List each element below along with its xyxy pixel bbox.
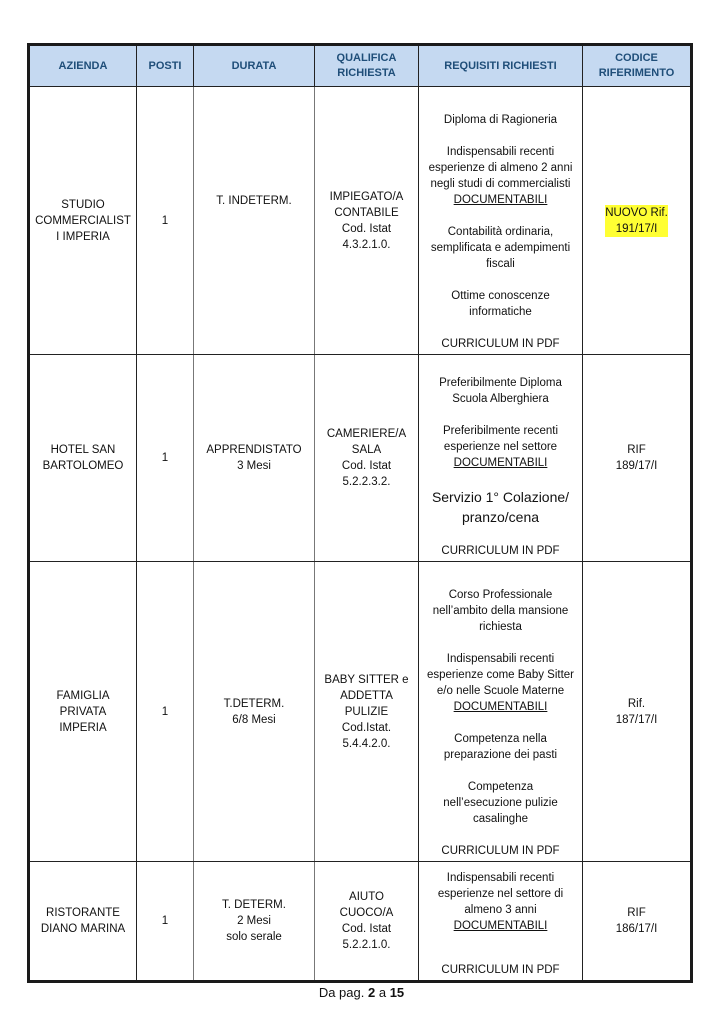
cell-line: 5.2.2.1.0. xyxy=(318,937,415,953)
cell-codice: NUOVO Rif.191/17/I xyxy=(583,87,692,355)
cell-line: IMPERIA xyxy=(33,720,133,736)
requirement-line: preparazione dei pasti xyxy=(421,747,580,763)
cell-posti: 1 xyxy=(137,862,194,982)
requirement-line: casalinghe xyxy=(421,811,580,827)
cell-posti: 1 xyxy=(137,562,194,862)
table-row: HOTEL SANBARTOLOMEO1APPRENDISTATO3 MesiC… xyxy=(29,355,692,562)
requirement-paragraph: Corso Professionalenell’ambito della man… xyxy=(421,587,580,635)
requirement-paragraph: Preferibilmente DiplomaScuola Alberghier… xyxy=(421,375,580,407)
requirement-line: Diploma di Ragioneria xyxy=(421,112,580,128)
documentabili-text: DOCUMENTABILI xyxy=(454,457,548,469)
requirement-line: Indispensabili recenti xyxy=(421,870,580,886)
cell-posti: 1 xyxy=(137,87,194,355)
cell-azienda: FAMIGLIAPRIVATAIMPERIA xyxy=(29,562,137,862)
requirement-line: negli studi di commercialisti xyxy=(421,176,580,192)
requirement-line: almeno 3 anni xyxy=(421,902,580,918)
cell-line: 5.2.2.3.2. xyxy=(318,474,415,490)
footer-separator: a xyxy=(379,985,386,1000)
cell-line: STUDIO xyxy=(33,197,133,213)
requirement-line: CURRICULUM IN PDF xyxy=(421,962,580,978)
cell-line: NUOVO Rif. xyxy=(605,205,668,221)
requirement-paragraph: Preferibilmente recentiesperienze nel se… xyxy=(421,423,580,471)
cell-requisiti: Preferibilmente DiplomaScuola Alberghier… xyxy=(419,355,583,562)
table-row: STUDIOCOMMERCIALISTI IMPERIA1T. INDETERM… xyxy=(29,87,692,355)
cell-line: RIF xyxy=(616,442,658,458)
requirement-paragraph: CURRICULUM IN PDF xyxy=(421,336,580,352)
cell-durata: T. DETERM.2 Mesisolo serale xyxy=(194,862,315,982)
cell-line: CUOCO/A xyxy=(318,905,415,921)
header-durata: DURATA xyxy=(194,45,315,87)
requirement-paragraph: Indispensabili recentiesperienze come Ba… xyxy=(421,651,580,715)
cell-line: Cod. Istat xyxy=(318,921,415,937)
requirement-paragraph: CURRICULUM IN PDF xyxy=(421,962,580,978)
cell-line: AIUTO xyxy=(318,889,415,905)
requirement-line: nell’ambito della mansione xyxy=(421,603,580,619)
cell-line: PULIZIE xyxy=(318,704,415,720)
requirement-line: Contabilità ordinaria, xyxy=(421,224,580,240)
cell-line: T. DETERM. xyxy=(197,897,311,913)
footer-prefix: Da pag. xyxy=(319,985,365,1000)
cell-line: 2 Mesi xyxy=(197,913,311,929)
cell-line: COMMERCIALIST xyxy=(33,213,133,229)
cell-line: 5.4.4.2.0. xyxy=(318,736,415,752)
requirement-line: Preferibilmente recenti xyxy=(421,423,580,439)
cell-line: Cod.Istat. xyxy=(318,720,415,736)
header-codice: CODICE RIFERIMENTO xyxy=(583,45,692,87)
cell-line: IMPIEGATO/A xyxy=(318,189,415,205)
requirement-paragraph: Ottime conoscenzeinformatiche xyxy=(421,288,580,320)
cell-qualifica: BABY SITTER eADDETTAPULIZIECod.Istat.5.4… xyxy=(315,562,419,862)
requirement-line: semplificata e adempimenti xyxy=(421,240,580,256)
reference-code: RIF189/17/I xyxy=(616,442,658,474)
cell-line: PRIVATA xyxy=(33,704,133,720)
cell-line: APPRENDISTATO xyxy=(197,442,311,458)
requirement-paragraph: Diploma di Ragioneria xyxy=(421,112,580,128)
requirement-line: Ottime conoscenze xyxy=(421,288,580,304)
requirement-line: Preferibilmente Diploma xyxy=(421,375,580,391)
cell-line: RIF xyxy=(616,905,658,921)
cell-codice: RIF189/17/I xyxy=(583,355,692,562)
cell-line: 4.3.2.1.0. xyxy=(318,237,415,253)
requirement-line: esperienze nel settore xyxy=(421,439,580,455)
cell-azienda: RISTORANTEDIANO MARINA xyxy=(29,862,137,982)
cell-line: 191/17/I xyxy=(605,221,668,237)
requirement-line: esperienze come Baby Sitter xyxy=(421,667,580,683)
requirement-line: informatiche xyxy=(421,304,580,320)
documentabili-note: DOCUMENTABILI xyxy=(421,918,580,934)
cell-azienda: STUDIOCOMMERCIALISTI IMPERIA xyxy=(29,87,137,355)
cell-line: BARTOLOMEO xyxy=(33,458,133,474)
cell-line: CONTABILE xyxy=(318,205,415,221)
job-offers-table: AZIENDA POSTI DURATA QUALIFICA RICHIESTA… xyxy=(27,43,693,983)
table-header-row: AZIENDA POSTI DURATA QUALIFICA RICHIESTA… xyxy=(29,45,692,87)
cell-durata: T. INDETERM. xyxy=(194,87,315,355)
requirement-line: Scuola Alberghiera xyxy=(421,391,580,407)
requirement-paragraph: CURRICULUM IN PDF xyxy=(421,543,580,559)
requirement-line: CURRICULUM IN PDF xyxy=(421,543,580,559)
cell-line: ADDETTA xyxy=(318,688,415,704)
cell-line: HOTEL SAN xyxy=(33,442,133,458)
requirement-paragraph: Indispensabili recentiesperienze nel set… xyxy=(421,870,580,934)
cell-line: 3 Mesi xyxy=(197,458,311,474)
cell-azienda: HOTEL SANBARTOLOMEO xyxy=(29,355,137,562)
cell-line: Cod. Istat xyxy=(318,221,415,237)
cell-requisiti: Diploma di RagioneriaIndispensabili rece… xyxy=(419,87,583,355)
cell-line: Cod. Istat xyxy=(318,458,415,474)
requirement-line: Servizio 1° Colazione/ xyxy=(421,487,580,507)
requirement-line: Competenza xyxy=(421,779,580,795)
requirement-paragraph: Servizio 1° Colazione/pranzo/cena xyxy=(421,487,580,527)
documentabili-note: DOCUMENTABILI xyxy=(421,699,580,715)
table-row: FAMIGLIAPRIVATAIMPERIA1T.DETERM.6/8 Mesi… xyxy=(29,562,692,862)
documentabili-text: DOCUMENTABILI xyxy=(454,920,548,932)
requirement-line: Indispensabili recenti xyxy=(421,651,580,667)
requirement-line: esperienze di almeno 2 anni xyxy=(421,160,580,176)
requirement-paragraph: Indispensabili recentiesperienze di alme… xyxy=(421,144,580,208)
cell-line: SALA xyxy=(318,442,415,458)
cell-line: 6/8 Mesi xyxy=(197,712,311,728)
reference-code: NUOVO Rif.191/17/I xyxy=(605,205,668,237)
cell-line: 187/17/I xyxy=(616,712,658,728)
requirement-line: esperienze nel settore di xyxy=(421,886,580,902)
header-requisiti: REQUISITI RICHIESTI xyxy=(419,45,583,87)
documentabili-note: DOCUMENTABILI xyxy=(421,192,580,208)
header-posti: POSTI xyxy=(137,45,194,87)
cell-codice: Rif.187/17/I xyxy=(583,562,692,862)
cell-line: T.DETERM. xyxy=(197,696,311,712)
header-qualifica: QUALIFICA RICHIESTA xyxy=(315,45,419,87)
requirement-line: e/o nelle Scuole Materne xyxy=(421,683,580,699)
reference-code: Rif.187/17/I xyxy=(616,696,658,728)
documentabili-text: DOCUMENTABILI xyxy=(454,701,548,713)
cell-line: Rif. xyxy=(616,696,658,712)
cell-requisiti: Indispensabili recentiesperienze nel set… xyxy=(419,862,583,982)
requirement-line: pranzo/cena xyxy=(421,507,580,527)
requirement-line: Competenza nella xyxy=(421,731,580,747)
cell-line: 189/17/I xyxy=(616,458,658,474)
requirement-paragraph: CURRICULUM IN PDF xyxy=(421,843,580,859)
cell-line: RISTORANTE xyxy=(33,905,133,921)
requirement-paragraph: Competenzanell’esecuzione puliziecasalin… xyxy=(421,779,580,827)
documentabili-text: DOCUMENTABILI xyxy=(454,194,548,206)
cell-line: T. INDETERM. xyxy=(197,193,311,209)
requirement-line: CURRICULUM IN PDF xyxy=(421,336,580,352)
cell-line: FAMIGLIA xyxy=(33,688,133,704)
footer-current-page: 2 xyxy=(368,985,375,1000)
requirement-line: fiscali xyxy=(421,256,580,272)
cell-line: 186/17/I xyxy=(616,921,658,937)
requirement-line: CURRICULUM IN PDF xyxy=(421,843,580,859)
cell-qualifica: AIUTOCUOCO/ACod. Istat5.2.2.1.0. xyxy=(315,862,419,982)
cell-qualifica: CAMERIERE/ASALACod. Istat5.2.2.3.2. xyxy=(315,355,419,562)
documentabili-note: DOCUMENTABILI xyxy=(421,455,580,471)
requirement-line: Indispensabili recenti xyxy=(421,144,580,160)
requirement-paragraph: Contabilità ordinaria,semplificata e ade… xyxy=(421,224,580,272)
cell-requisiti: Corso Professionalenell’ambito della man… xyxy=(419,562,583,862)
requirement-line: richiesta xyxy=(421,619,580,635)
reference-code: RIF186/17/I xyxy=(616,905,658,937)
header-azienda: AZIENDA xyxy=(29,45,137,87)
cell-qualifica: IMPIEGATO/ACONTABILECod. Istat4.3.2.1.0. xyxy=(315,87,419,355)
requirement-paragraph: Competenza nellapreparazione dei pasti xyxy=(421,731,580,763)
cell-codice: RIF186/17/I xyxy=(583,862,692,982)
cell-line: solo serale xyxy=(197,929,311,945)
requirement-line: nell’esecuzione pulizie xyxy=(421,795,580,811)
cell-line: BABY SITTER e xyxy=(318,672,415,688)
cell-line: CAMERIERE/A xyxy=(318,426,415,442)
page-footer: Da pag. 2 a 15 xyxy=(0,985,723,1000)
requirement-line: Corso Professionale xyxy=(421,587,580,603)
table-row: RISTORANTEDIANO MARINA1T. DETERM.2 Mesis… xyxy=(29,862,692,982)
cell-line: DIANO MARINA xyxy=(33,921,133,937)
cell-posti: 1 xyxy=(137,355,194,562)
cell-line: I IMPERIA xyxy=(33,229,133,245)
cell-durata: T.DETERM.6/8 Mesi xyxy=(194,562,315,862)
footer-total-pages: 15 xyxy=(390,985,404,1000)
cell-durata: APPRENDISTATO3 Mesi xyxy=(194,355,315,562)
